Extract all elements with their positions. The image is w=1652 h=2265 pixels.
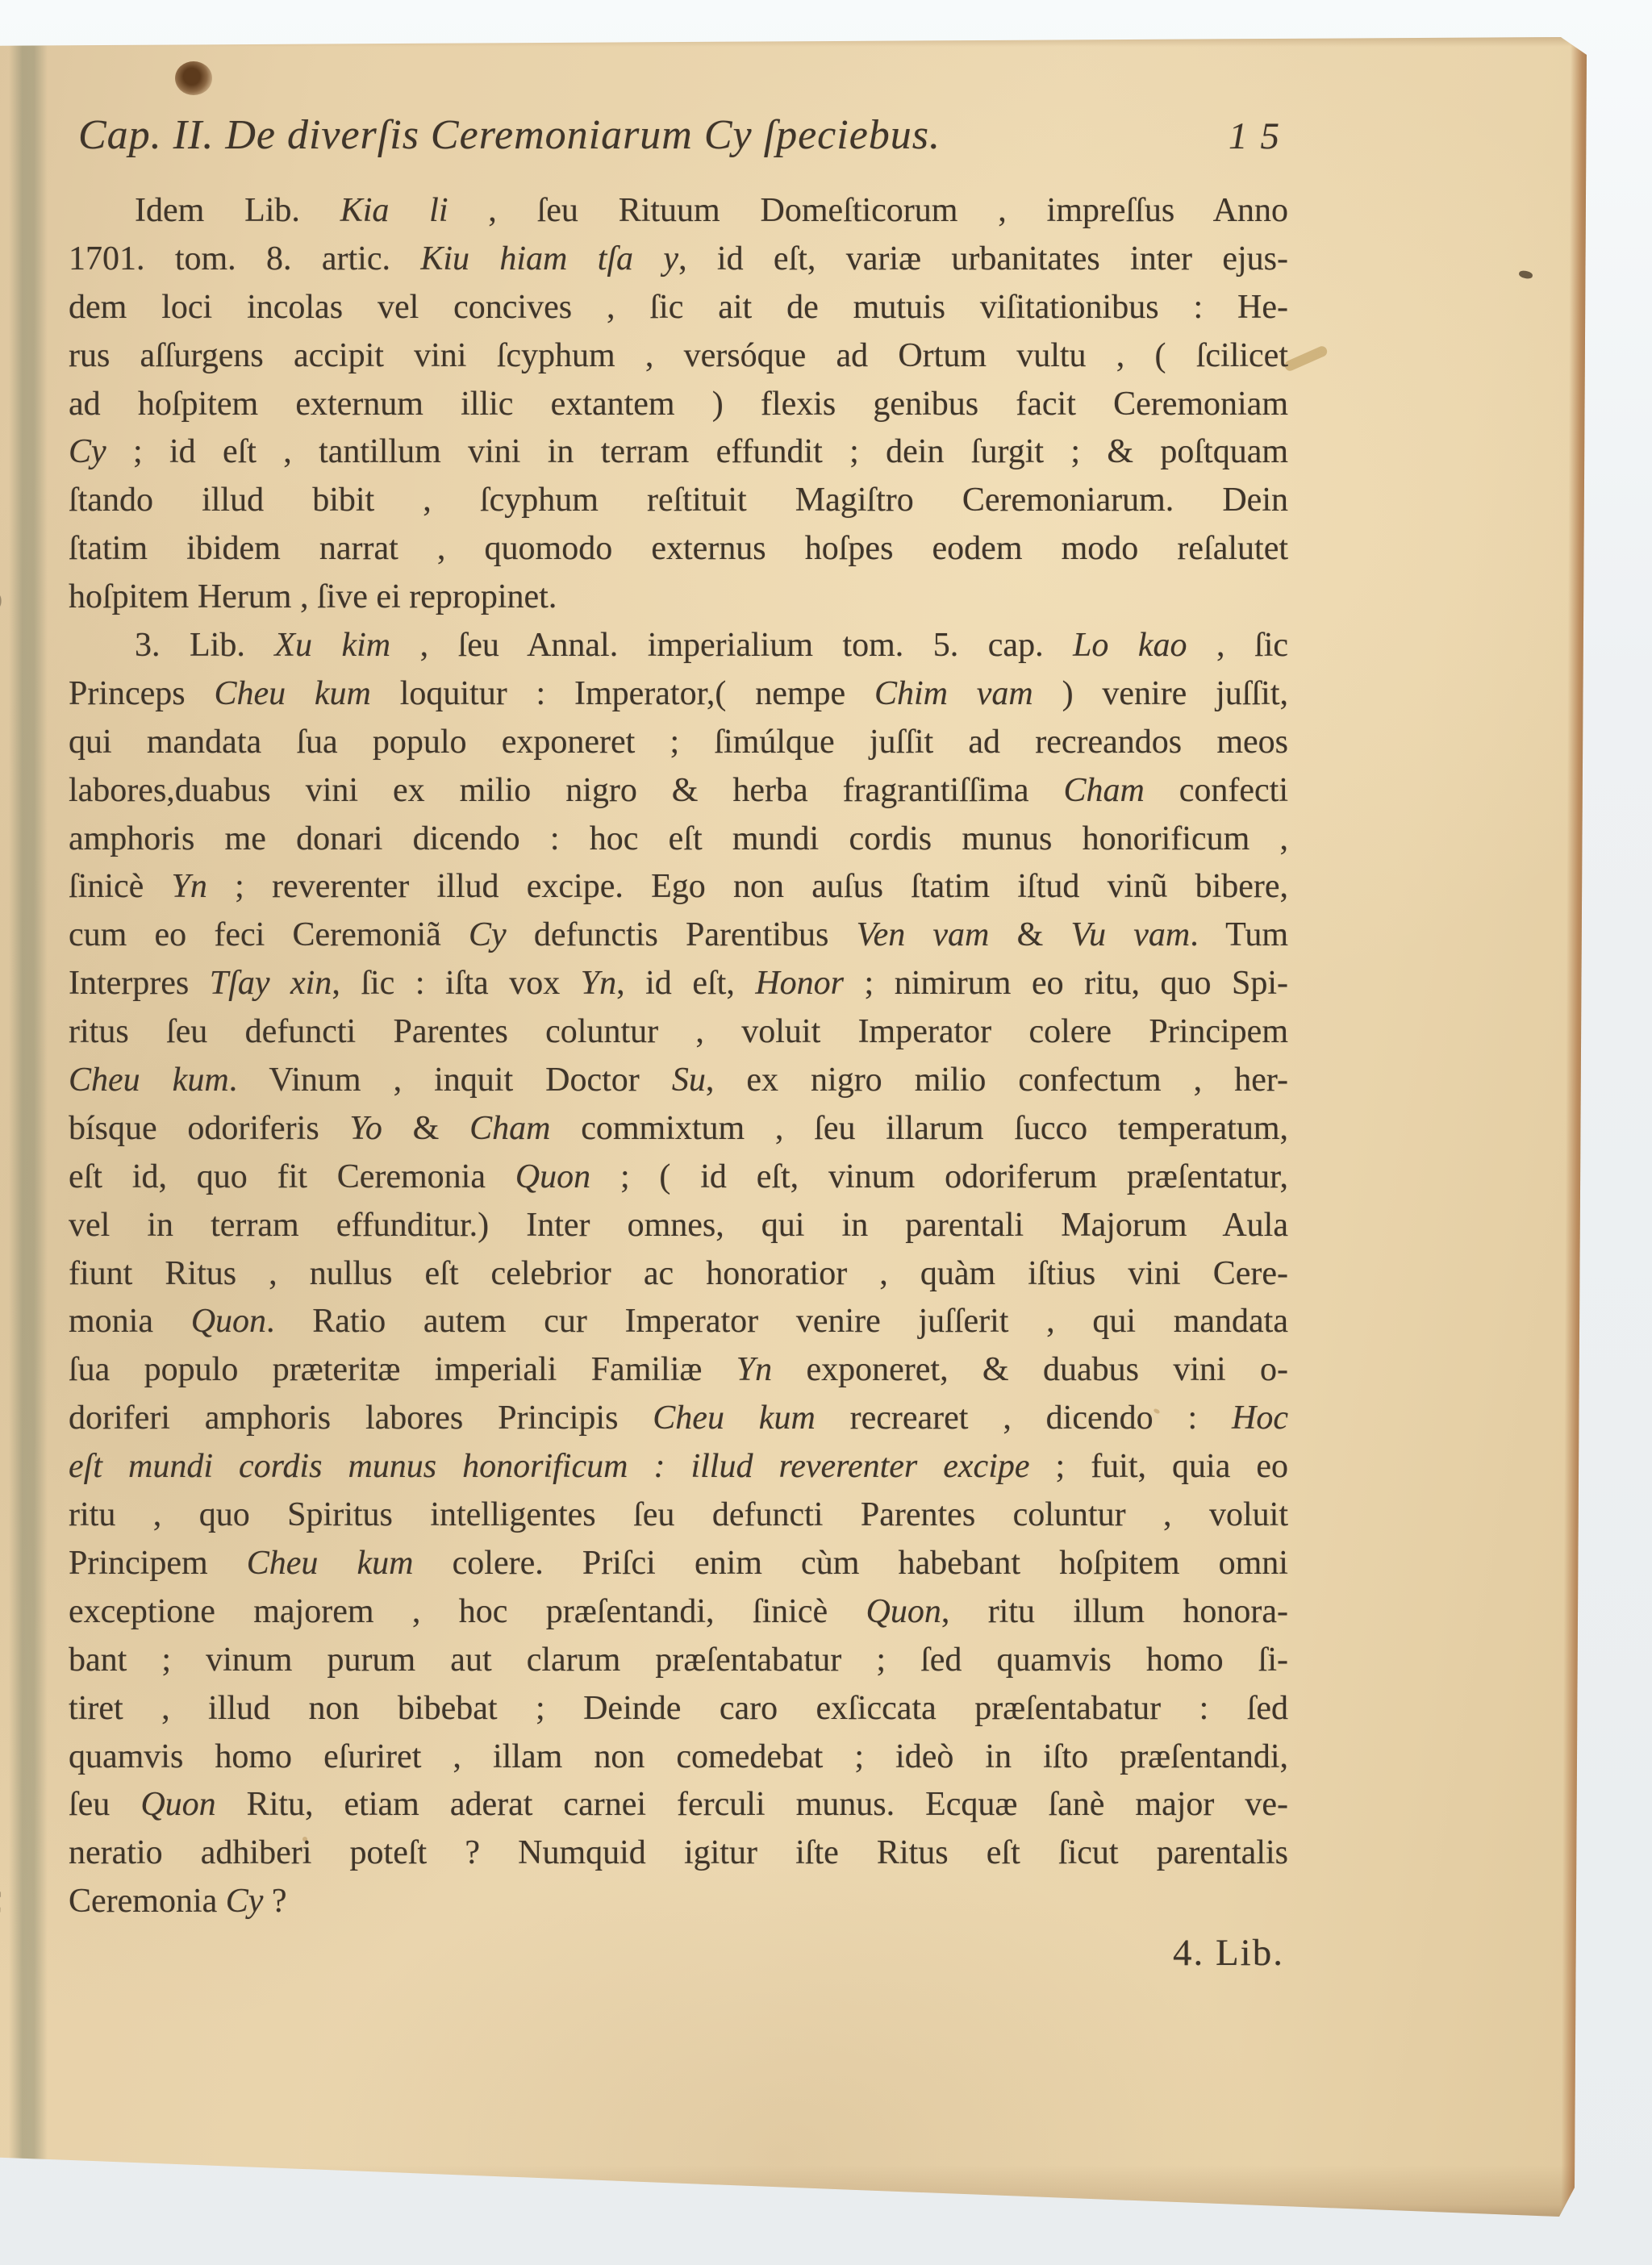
text-segment: quamvis homo eſuriret , illam non comede… bbox=[69, 1738, 1288, 1775]
text-segment: neratio adhiberi poteſt ? Numquid igitur… bbox=[69, 1834, 1288, 1871]
text-segment: ſua populo præteritæ imperiali Familiæ bbox=[69, 1351, 736, 1388]
text-line: hſeu Quon Ritu, etiam aderat carnei ferc… bbox=[69, 1781, 1288, 1829]
text-segment: ritus ſeu defuncti Parentes coluntur , v… bbox=[69, 1013, 1288, 1050]
text-segment: Cy bbox=[704, 112, 753, 158]
italic-text-segment: ſpeciebus. bbox=[753, 112, 941, 158]
text-segment: ; ( id eſt, vinum odoriferum præſentatur… bbox=[590, 1158, 1288, 1195]
book-page: Cap. II. De diverſis Ceremoniarum Cy ſpe… bbox=[0, 34, 1601, 2221]
text-segment: ſtatim ibidem narrat , quomodo externus … bbox=[69, 530, 1288, 567]
italic-text-segment: Cheu kum bbox=[653, 1399, 815, 1437]
text-segment: recrearet , dicendo : bbox=[816, 1399, 1232, 1437]
text-line: bdoriferi amphoris labores Principis Che… bbox=[69, 1395, 1288, 1443]
italic-text-segment: Tſay xin bbox=[210, 965, 332, 1002]
margin-ink-speck bbox=[1518, 269, 1533, 279]
text-line: sad hoſpitem externum illic extantem ) f… bbox=[69, 381, 1288, 429]
text-segment: ſeu bbox=[69, 1786, 140, 1823]
text-segment: 3. Lib. bbox=[135, 627, 274, 664]
text-segment: , ſeu Annal. imperialium tom. 5. cap. bbox=[390, 627, 1073, 664]
text-segment: Principem bbox=[69, 1545, 247, 1582]
italic-text-segment: Chim vam bbox=[874, 675, 1033, 712]
text-line: Idem Lib. Kia li , ſeu Rituum Domeſticor… bbox=[69, 187, 1288, 236]
text-line: bdem loci incolas vel concives , ſic ait… bbox=[69, 284, 1288, 332]
italic-text-segment: Ven vam bbox=[857, 916, 990, 953]
text-segment: qui mandata ſua populo exponeret ; ſimúl… bbox=[69, 724, 1288, 761]
text-line: IInterpres Tſay xin, ſic : iſta vox Yn, … bbox=[69, 960, 1288, 1008]
text-line: dbísque odoriferis Yo & Cham commixtum ,… bbox=[69, 1105, 1288, 1153]
paper-scratch bbox=[1283, 344, 1329, 373]
text-segment: & bbox=[989, 916, 1070, 953]
text-segment: colere. Priſci enim cùm habebant hoſpite… bbox=[414, 1545, 1288, 1582]
text-line: tſtatim ibidem narrat , quomodo externus… bbox=[69, 525, 1288, 574]
text-line: tſtando illud bibit , ſcyphum reſtituit … bbox=[69, 477, 1288, 525]
text-segment: 1701. tom. 8. artic. bbox=[69, 240, 420, 277]
italic-text-segment: Honor bbox=[755, 965, 844, 1002]
text-segment: commixtum , ſeu illarum ſucco temperatum… bbox=[550, 1110, 1288, 1147]
bleedthrough-fragment: d bbox=[0, 574, 2, 622]
text-block: Idem Lib. Kia li , ſeu Rituum Domeſticor… bbox=[69, 187, 1288, 1926]
text-segment: , id eſt, bbox=[616, 965, 755, 1002]
text-segment: , ritu illum honora- bbox=[941, 1593, 1288, 1630]
text-line: pquamvis homo eſuriret , illam non comed… bbox=[69, 1733, 1288, 1782]
text-segment: ? bbox=[263, 1883, 286, 1920]
text-segment: tiret , illud non bibebat ; Deinde caro … bbox=[69, 1690, 1288, 1727]
page-number: 15 bbox=[1229, 115, 1292, 158]
text-segment: Interpres bbox=[69, 965, 210, 1002]
italic-text-segment: eſt mundi cordis munus honorificum : ill… bbox=[69, 1448, 1030, 1485]
italic-text-segment: Quon bbox=[866, 1593, 941, 1630]
italic-text-segment: Kia li bbox=[340, 192, 448, 229]
text-segment: ; nimirum eo ritu, quo Spi- bbox=[844, 965, 1288, 1002]
text-line: ƆCeremonia Cy ? bbox=[69, 1878, 1288, 1926]
text-line: samphoris me donari dicendo : hoc eſt mu… bbox=[69, 815, 1288, 864]
text-line: sſua populo præteritæ imperiali Familiæ … bbox=[69, 1346, 1288, 1395]
text-segment: . Vinum , inquit Doctor bbox=[229, 1062, 672, 1099]
text-segment: defunctis Parentibus bbox=[507, 916, 857, 953]
text-segment: labores,duabus vini ex milio nigro & her… bbox=[69, 772, 1063, 809]
text-line: PPrinceps Cheu kum loquitur : Imperator,… bbox=[69, 670, 1288, 719]
text-segment: Princeps bbox=[69, 675, 214, 712]
text-segment: hoſpitem Herum , ſive ei repropinet. bbox=[69, 578, 557, 615]
italic-text-segment: Kiu hiam tſa y bbox=[420, 240, 678, 277]
italic-text-segment: Cham bbox=[469, 1110, 550, 1147]
text-line: ƆCy ; id eſt , tantillum vini in terram … bbox=[69, 428, 1288, 477]
text-line: rtiret , illud non bibebat ; Deinde caro… bbox=[69, 1685, 1288, 1733]
text-segment: loquitur : Imperator,( nempe bbox=[371, 675, 874, 712]
text-segment: doriferi amphoris labores Principis bbox=[69, 1399, 653, 1437]
text-segment: vel in terram effunditur.) Inter omnes, … bbox=[69, 1207, 1288, 1244]
text-line: dbant ; vinum purum aut clarum præſentab… bbox=[69, 1637, 1288, 1685]
text-segment: monia bbox=[69, 1303, 191, 1340]
scanned-book-photo: { "colors":{ "background":"#eef1f3", "pa… bbox=[0, 0, 1652, 2265]
text-line: nmonia Quon. Ratio autem cur Imperator v… bbox=[69, 1298, 1288, 1346]
text-line: sſinicè Yn ; reverenter illud excipe. Eg… bbox=[69, 863, 1288, 911]
text-line: llabores,duabus vini ex milio nigro & he… bbox=[69, 767, 1288, 815]
text-segment: confecti bbox=[1145, 772, 1288, 809]
text-segment: ſtando illud bibit , ſcyphum reſtituit M… bbox=[69, 482, 1288, 519]
text-segment: fiunt Ritus , nullus eſt celebrior ac ho… bbox=[69, 1255, 1288, 1292]
italic-text-segment: Cheu kum bbox=[69, 1062, 229, 1099]
bleedthrough-fragment: Ɔ bbox=[0, 1878, 2, 1926]
text-line: rritu , quo Spiritus intelligentes ſeu d… bbox=[69, 1491, 1288, 1540]
text-segment: ; reverenter illud excipe. Ego non auſus… bbox=[207, 868, 1288, 905]
text-segment: bísque odoriferis bbox=[69, 1110, 349, 1147]
text-segment: cum eo feci Ceremoniã bbox=[69, 916, 469, 953]
italic-text-segment: Hoc bbox=[1232, 1399, 1288, 1437]
catchword: 4. Lib. bbox=[1173, 1931, 1284, 1975]
text-segment: Idem Lib. bbox=[135, 192, 340, 229]
text-segment: exceptione majorem , hoc præſentandi, ſi… bbox=[69, 1593, 866, 1630]
italic-text-segment: Cy bbox=[69, 433, 106, 470]
text-segment: eſt id, quo fit Ceremonia bbox=[69, 1158, 515, 1195]
italic-text-segment: Vu vam bbox=[1070, 916, 1190, 953]
italic-text-segment: Cap. II. De diverſis Ceremoniarum bbox=[78, 112, 704, 158]
text-segment: dem loci incolas vel concives , ſic ait … bbox=[69, 289, 1288, 326]
text-line: 1rus aſſurgens accipit vini ſcyphum , ve… bbox=[69, 332, 1288, 381]
italic-text-segment: Cy bbox=[226, 1883, 264, 1920]
text-segment: Ceremonia bbox=[69, 1883, 226, 1920]
text-line: vvel in terram effunditur.) Inter omnes,… bbox=[69, 1202, 1288, 1250]
text-segment: amphoris me donari dicendo : hoc eſt mun… bbox=[69, 820, 1288, 857]
running-header: Cap. II. De diverſis Ceremoniarum Cy ſpe… bbox=[78, 111, 1292, 159]
italic-text-segment: Cheu kum bbox=[214, 675, 370, 712]
italic-text-segment: Su bbox=[672, 1062, 706, 1099]
text-segment: , ſeu Rituum Domeſticorum , impreſſus An… bbox=[448, 192, 1288, 229]
text-segment: rus aſſurgens accipit vini ſcyphum , ver… bbox=[69, 337, 1288, 374]
italic-text-segment: Yo bbox=[349, 1110, 382, 1147]
text-segment: & bbox=[382, 1110, 469, 1147]
italic-text-segment: Cheu kum bbox=[247, 1545, 414, 1582]
text-segment: . Ratio autem cur Imperator venire juſſe… bbox=[266, 1303, 1288, 1340]
text-line: ɜeſt mundi cordis munus honorificum : il… bbox=[69, 1443, 1288, 1491]
text-line: əeſt id, quo fit Ceremonia Quon ; ( id e… bbox=[69, 1153, 1288, 1202]
text-line: nneratio adhiberi poteſt ? Numquid igitu… bbox=[69, 1829, 1288, 1878]
text-segment: , ſic : iſta vox bbox=[332, 965, 580, 1002]
text-segment: ſinicè bbox=[69, 868, 172, 905]
italic-text-segment: Yn bbox=[172, 868, 207, 905]
text-segment: ) venire juſſit, bbox=[1033, 675, 1288, 712]
text-segment: bant ; vinum purum aut clarum præſentaba… bbox=[69, 1641, 1288, 1679]
text-segment: Ritu, etiam aderat carnei ferculi munus.… bbox=[216, 1786, 1288, 1823]
ink-blot-stain bbox=[175, 61, 212, 95]
text-line: ·3. Lib. Xu kim , ſeu Annal. imperialium… bbox=[69, 622, 1288, 670]
text-line: r1701. tom. 8. artic. Kiu hiam tſa y, id… bbox=[69, 236, 1288, 284]
page-fore-edge bbox=[1561, 40, 1600, 2217]
text-line: dhoſpitem Herum , ſive ei repropinet. bbox=[69, 574, 1288, 622]
italic-text-segment: Quon bbox=[140, 1786, 215, 1823]
text-segment: . Tum bbox=[1190, 916, 1288, 953]
italic-text-segment: Yn bbox=[736, 1351, 772, 1388]
text-line: tfiunt Ritus , nullus eſt celebrior ac h… bbox=[69, 1250, 1288, 1299]
text-line: əexceptione majorem , hoc præſentandi, ſ… bbox=[69, 1588, 1288, 1637]
text-segment: ; id eſt , tantillum vini in terram effu… bbox=[106, 433, 1288, 470]
italic-text-segment: Quon bbox=[191, 1303, 266, 1340]
binding-shadow-strip bbox=[9, 34, 48, 2221]
italic-text-segment: Lo kao bbox=[1073, 627, 1187, 664]
text-line: ƆCheu kum. Vinum , inquit Doctor Su, ex … bbox=[69, 1057, 1288, 1105]
text-line: rritus ſeu defuncti Parentes coluntur , … bbox=[69, 1008, 1288, 1057]
italic-text-segment: Cham bbox=[1063, 772, 1144, 809]
text-segment: ; fuit, quia eo bbox=[1030, 1448, 1288, 1485]
text-segment: exponeret, & duabus vini o- bbox=[772, 1351, 1288, 1388]
text-line: ɔcum eo feci Ceremoniã Cy defunctis Pare… bbox=[69, 911, 1288, 960]
text-segment: , ex nigro milio confectum , her- bbox=[706, 1062, 1288, 1099]
italic-text-segment: Yn bbox=[581, 965, 616, 1002]
text-segment: , id eſt, variæ urbanitates inter ejus- bbox=[678, 240, 1288, 277]
chapter-title: Cap. II. De diverſis Ceremoniarum Cy ſpe… bbox=[78, 111, 941, 159]
italic-text-segment: Quon bbox=[515, 1158, 590, 1195]
italic-text-segment: Xu kim bbox=[274, 627, 390, 664]
italic-text-segment: Cy bbox=[469, 916, 507, 953]
text-line: PPrincipem Cheu kum colere. Priſci enim … bbox=[69, 1540, 1288, 1588]
text-segment: ritu , quo Spiritus intelligentes ſeu de… bbox=[69, 1496, 1288, 1533]
text-segment: ad hoſpitem externum illic extantem ) fl… bbox=[69, 386, 1288, 423]
text-line: pqui mandata ſua populo exponeret ; ſimú… bbox=[69, 719, 1288, 767]
text-segment: , ſic bbox=[1187, 627, 1288, 664]
